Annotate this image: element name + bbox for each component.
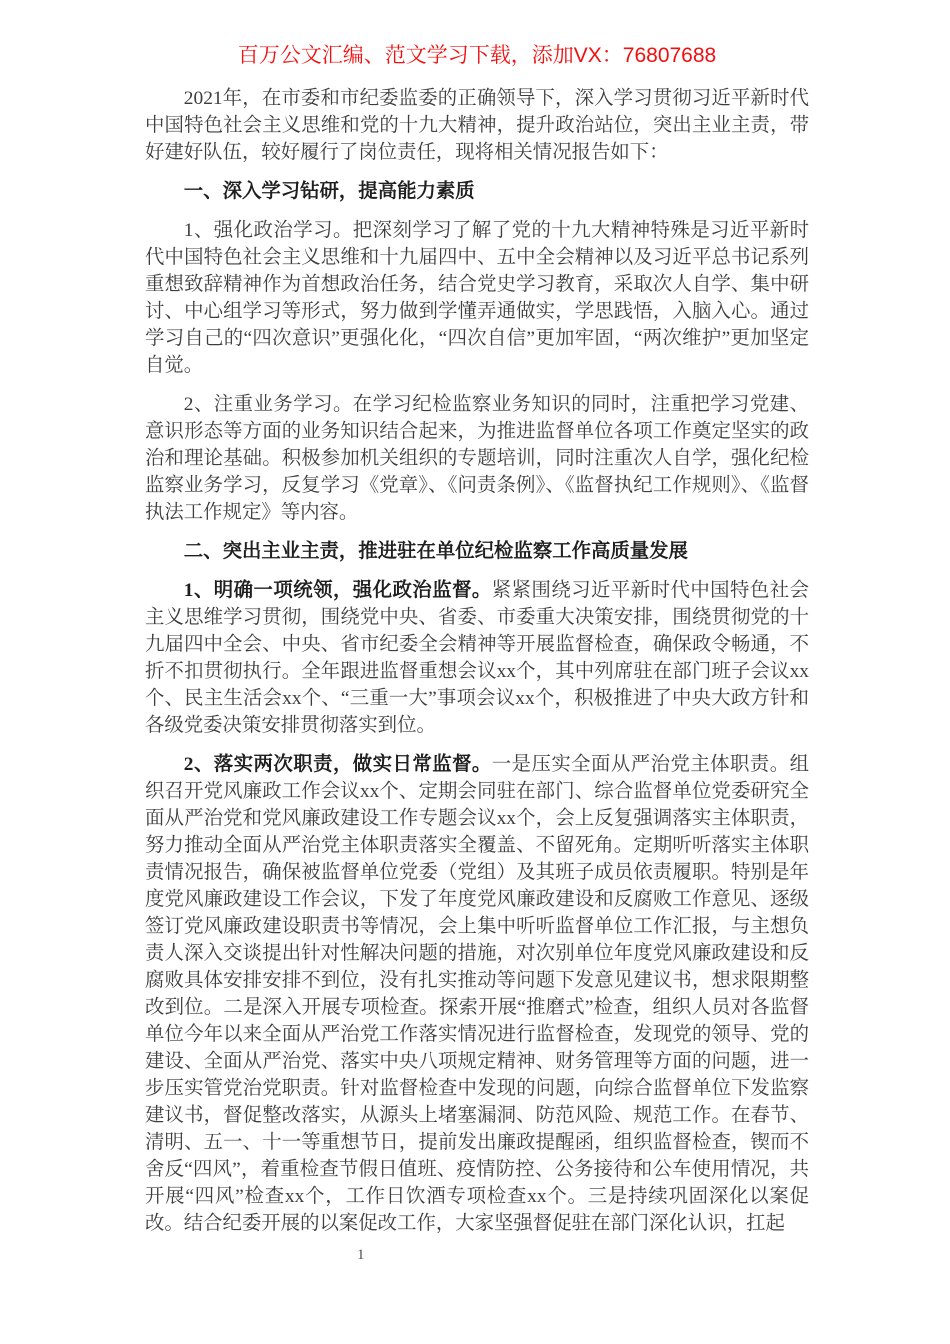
paragraph-daily-supervision: 2、落实两次职责，做实日常监督。一是压实全面从严治党主体职责。组织召开党风廉政工… [145, 751, 809, 1237]
document-content: 百万公文汇编、范文学习下载，添加VX：76807688 2021年，在市委和市纪… [145, 0, 809, 1249]
paragraph-text-daily-supervision: 一是压实全面从严治党主体职责。组织召开党风廉政工作会议xx个、定期会同驻在部门、… [145, 754, 809, 1234]
paragraph-political-supervision: 1、明确一项统领，强化政治监督。紧紧围绕习近平新时代中国特色社会主义思维学习贯彻… [145, 577, 809, 739]
ad-banner-text: 百万公文汇编、范文学习下载，添加VX：76807688 [145, 42, 809, 69]
section-heading-1: 一、深入学习钻研，提高能力素质 [145, 178, 809, 205]
paragraph-intro: 2021年，在市委和市纪委监委的正确领导下，深入学习贯彻习近平新时代中国特色社会… [145, 85, 809, 166]
paragraph-text-political-supervision: 紧紧围绕习近平新时代中国特色社会主义思维学习贯彻，围绕党中央、省委、市委重大决策… [145, 580, 809, 736]
paragraph-lead-daily-supervision: 2、落实两次职责，做实日常监督。 [184, 754, 492, 775]
section-heading-2: 二、突出主业主责，推进驻在单位纪检监察工作高质量发展 [145, 538, 809, 565]
paragraph-business-study: 2、注重业务学习。在学习纪检监察业务知识的同时，注重把学习党建、意识形态等方面的… [145, 391, 809, 526]
document-page: 百万公文汇编、范文学习下载，添加VX：76807688 2021年，在市委和市纪… [0, 0, 950, 1344]
paragraph-lead-political-supervision: 1、明确一项统领，强化政治监督。 [184, 580, 492, 601]
paragraph-political-study: 1、强化政治学习。把深刻学习了解了党的十九大精神特殊是习近平新时代中国特色社会主… [145, 217, 809, 379]
page-number: 1 [357, 1246, 365, 1264]
